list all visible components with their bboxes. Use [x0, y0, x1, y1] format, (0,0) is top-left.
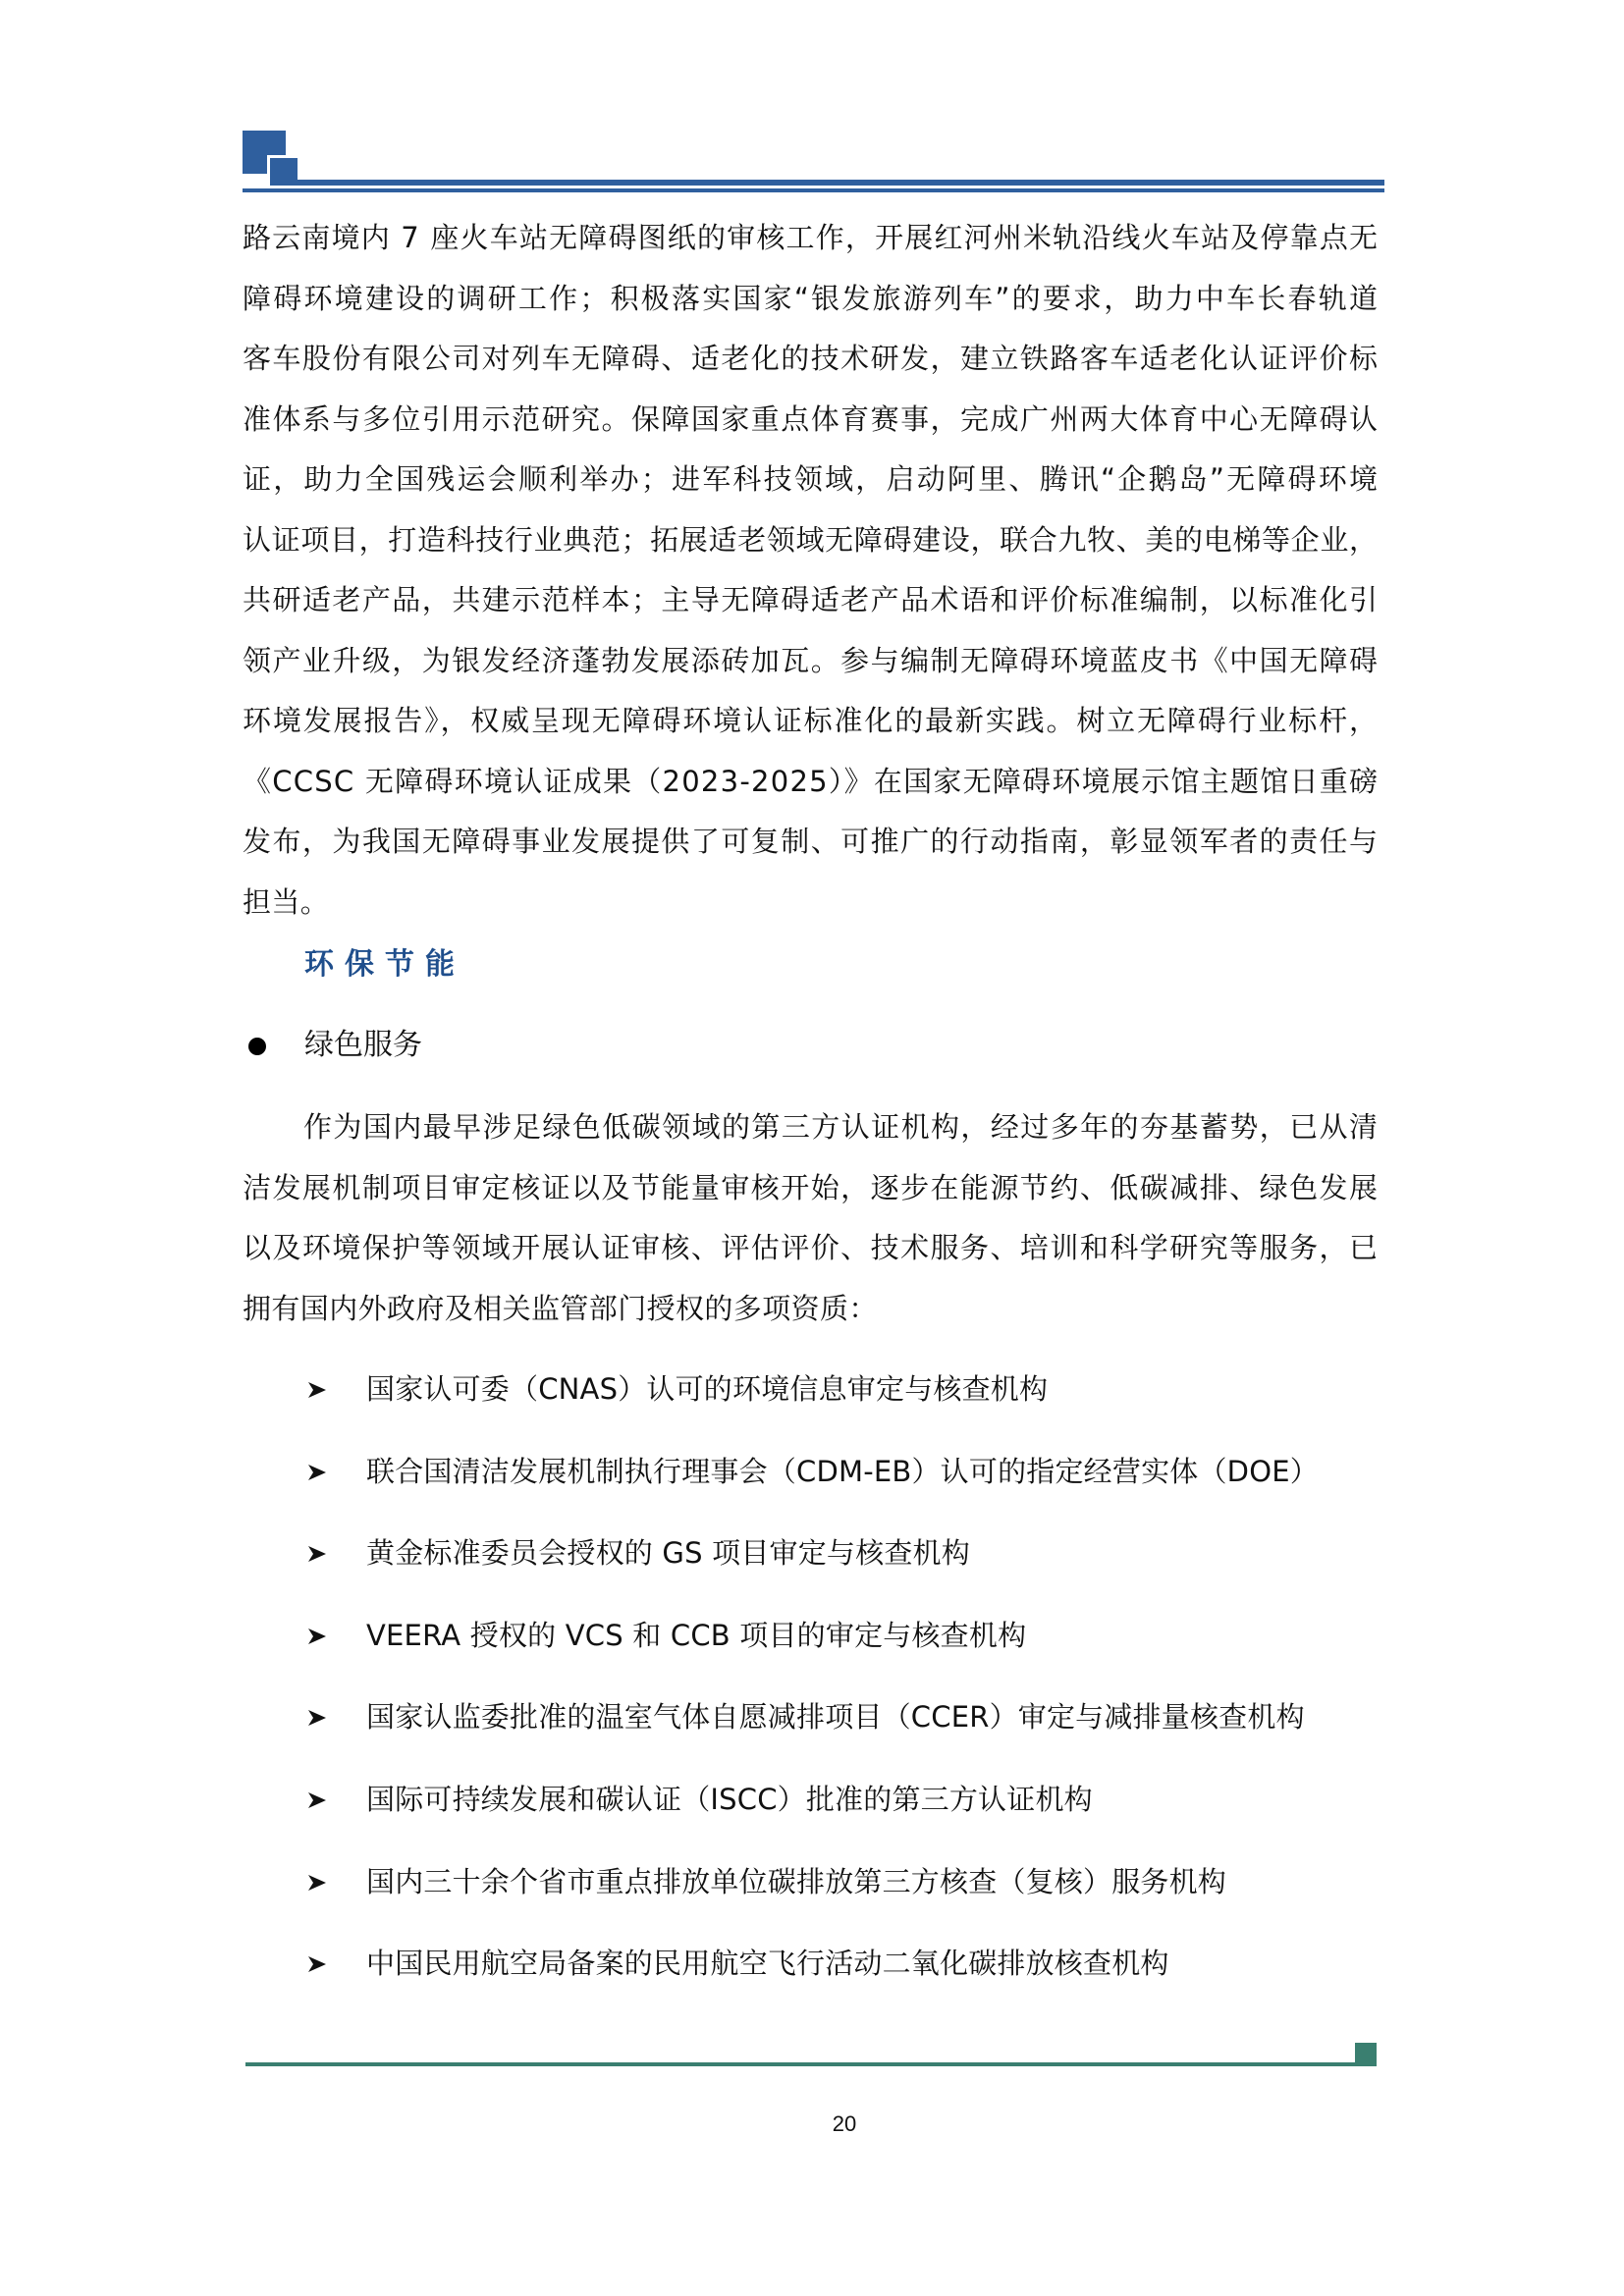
paragraph-line: 洁发展机制项目审定核证以及节能量审核开始，逐步在能源节约、低碳减排、绿色发展: [243, 1158, 1378, 1219]
arrowhead-bullet-icon: [307, 1380, 327, 1400]
paragraph-line: 作为国内最早涉足绿色低碳领域的第三方认证机构，经过多年的夯基蓄势，已从清: [243, 1097, 1378, 1158]
body-paragraph-continued: 路云南境内 7 座火车站无障碍图纸的审核工作，开展红河州米轨沿线火车站及停靠点无…: [243, 208, 1378, 933]
subheading-label: 绿色服务: [304, 1016, 422, 1075]
filled-circle-bullet-icon: [248, 1038, 266, 1055]
list-item: 联合国清洁发展机制执行理事会（CDM-EB）认可的指定经营实体（DOE）: [295, 1439, 1384, 1522]
header-decor-square-small: [270, 158, 298, 186]
paragraph-line: 客车股份有限公司对列车无障碍、适老化的技术研发，建立铁路客车适老化认证评价标: [243, 329, 1378, 390]
header-rule-thick: [298, 180, 1384, 186]
arrowhead-bullet-icon: [307, 1954, 327, 1974]
paragraph-line: 拥有国内外政府及相关监管部门授权的多项资质：: [243, 1279, 1378, 1340]
paragraph-line: 准体系与多位引用示范研究。保障国家重点体育赛事，完成广州两大体育中心无障碍认: [243, 390, 1378, 451]
arrowhead-bullet-icon: [307, 1708, 327, 1728]
document-page: 路云南境内 7 座火车站无障碍图纸的审核工作，开展红河州米轨沿线火车站及停靠点无…: [0, 0, 1624, 2296]
header-rule-thin: [243, 188, 1384, 192]
paragraph-line: 共研适老产品，共建示范样本；主导无障碍适老产品术语和评价标准编制，以标准化引: [243, 570, 1378, 631]
list-item-text: 中国民用航空局备案的民用航空飞行活动二氧化碳排放核查机构: [366, 1931, 1169, 1996]
footer-decor-square: [1355, 2043, 1377, 2066]
arrowhead-bullet-icon: [307, 1544, 327, 1564]
paragraph-line: 环境发展报告》，权威呈现无障碍环境认证标准化的最新实践。树立无障碍行业标杆，: [243, 691, 1378, 752]
list-item-text: 联合国清洁发展机制执行理事会（CDM-EB）认可的指定经营实体（DOE）: [366, 1439, 1319, 1504]
paragraph-line: 领产业升级，为银发经济蓬勃发展添砖加瓦。参与编制无障碍环境蓝皮书《中国无障碍: [243, 631, 1378, 692]
paragraph-line: 认证项目，打造科技行业典范；拓展适老领域无障碍建设，联合九牧、美的电梯等企业，: [243, 510, 1378, 571]
list-item: 中国民用航空局备案的民用航空飞行活动二氧化碳排放核查机构: [295, 1931, 1384, 2013]
list-item: 国家认可委（CNAS）认可的环境信息审定与核查机构: [295, 1357, 1384, 1439]
list-item: 黄金标准委员会授权的 GS 项目审定与核查机构: [295, 1521, 1384, 1603]
footer-rule: [245, 2062, 1357, 2066]
list-item-text: 国内三十余个省市重点排放单位碳排放第三方核查（复核）服务机构: [366, 1849, 1226, 1914]
arrowhead-bullet-icon: [307, 1627, 327, 1646]
list-item-text: 国家认监委批准的温室气体自愿减排项目（CCER）审定与减排量核查机构: [366, 1684, 1305, 1749]
list-item: 国内三十余个省市重点排放单位碳排放第三方核查（复核）服务机构: [295, 1849, 1384, 1932]
list-item-text: 国家认可委（CNAS）认可的环境信息审定与核查机构: [366, 1357, 1048, 1421]
arrowhead-bullet-icon: [307, 1790, 327, 1810]
list-item-text: 黄金标准委员会授权的 GS 项目审定与核查机构: [366, 1521, 970, 1585]
paragraph-line: 路云南境内 7 座火车站无障碍图纸的审核工作，开展红河州米轨沿线火车站及停靠点无: [243, 208, 1378, 269]
list-item: 国际可持续发展和碳认证（ISCC）批准的第三方认证机构: [295, 1767, 1384, 1849]
paragraph-line: 障碍环境建设的调研工作；积极落实国家“银发旅游列车”的要求，助力中车长春轨道: [243, 269, 1378, 330]
qualifications-list: 国家认可委（CNAS）认可的环境信息审定与核查机构 联合国清洁发展机制执行理事会…: [295, 1357, 1384, 2013]
intro-paragraph: 作为国内最早涉足绿色低碳领域的第三方认证机构，经过多年的夯基蓄势，已从清 洁发展…: [243, 1097, 1378, 1339]
list-item-text: VEERA 授权的 VCS 和 CCB 项目的审定与核查机构: [366, 1603, 1026, 1668]
paragraph-line: 《CCSC 无障碍环境认证成果（2023-2025）》在国家无障碍环境展示馆主题…: [243, 752, 1378, 813]
list-item: VEERA 授权的 VCS 和 CCB 项目的审定与核查机构: [295, 1603, 1384, 1685]
paragraph-line: 发布，为我国无障碍事业发展提供了可复制、可推广的行动指南，彰显领军者的责任与: [243, 812, 1378, 873]
paragraph-line: 以及环境保护等领域开展认证审核、评估评价、技术服务、培训和科学研究等服务，已: [243, 1218, 1378, 1279]
arrowhead-bullet-icon: [307, 1873, 327, 1893]
paragraph-line: 担当。: [243, 873, 1378, 934]
page-number: 20: [746, 2110, 943, 2138]
section-heading: 环保节能: [304, 935, 465, 994]
paragraph-line: 证，助力全国残运会顺利举办；进军科技领域，启动阿里、腾讯“企鹅岛”无障碍环境: [243, 450, 1378, 510]
list-item: 国家认监委批准的温室气体自愿减排项目（CCER）审定与减排量核查机构: [295, 1684, 1384, 1767]
list-item-text: 国际可持续发展和碳认证（ISCC）批准的第三方认证机构: [366, 1767, 1093, 1832]
arrowhead-bullet-icon: [307, 1463, 327, 1482]
